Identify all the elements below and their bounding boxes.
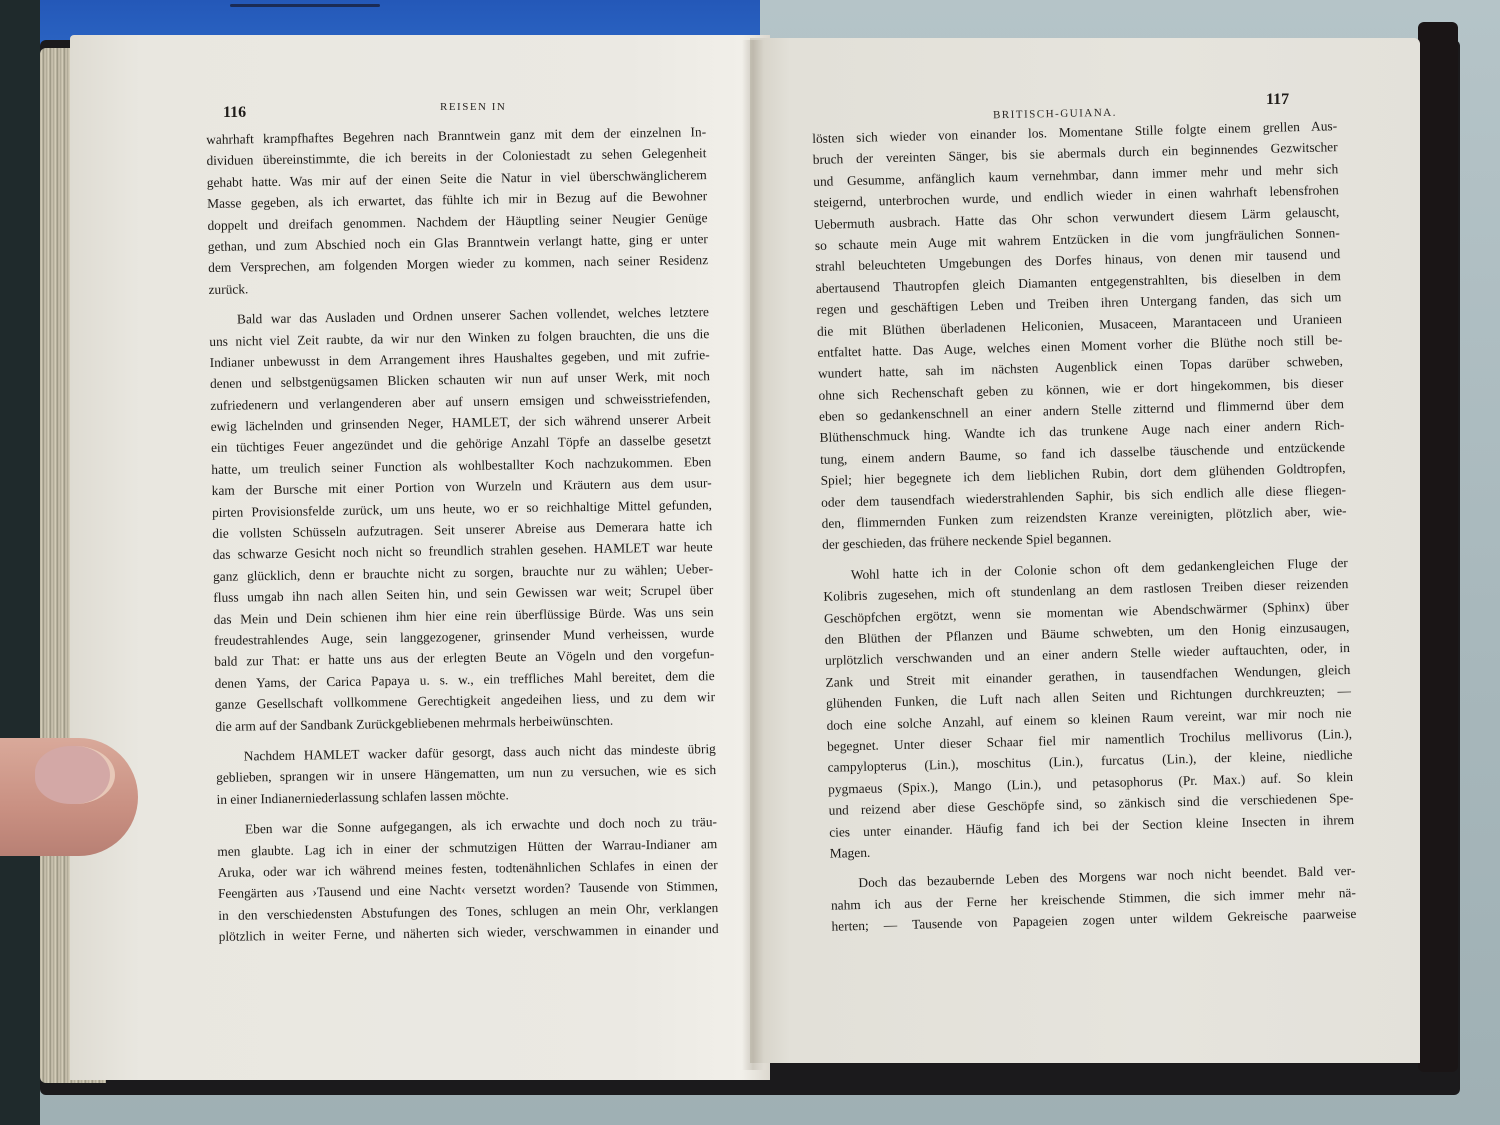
pen-icon — [230, 4, 380, 7]
book-gutter — [742, 40, 764, 1070]
book-cover-right-edge — [1418, 22, 1458, 1072]
left-page-number: 116 — [223, 104, 246, 122]
thumb — [0, 738, 138, 856]
dark-background-left — [0, 0, 40, 1125]
thumbnail — [35, 746, 115, 804]
left-running-head: REISEN IN — [440, 101, 506, 113]
right-page-number: 117 — [1266, 91, 1289, 109]
left-page-body-text: wahrhaft krampfhaftes Begehren nach Bran… — [206, 121, 719, 947]
right-page-body-text: lösten sich wieder von einander los. Mom… — [812, 115, 1357, 937]
